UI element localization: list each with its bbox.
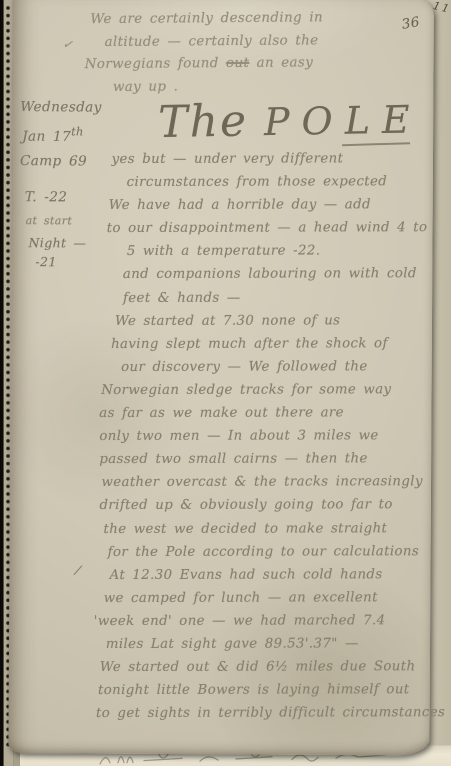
diary-line: miles Lat sight gave 89.53'.37" — [106,632,443,656]
diary-line: feet & hands — [123,286,442,310]
margin-camp: Camp 69 [20,153,87,169]
diary-line: to get sights in terribly difficult circ… [96,701,443,725]
margin-night-temp: -21 [35,254,56,269]
diary-line: we camped for lunch — an excellent [104,586,443,610]
continuation-text: an easy [256,56,313,71]
heading-word-pole: POLE [264,97,422,144]
diary-line: We started at 7.30 none of us [115,309,442,333]
margin-night-label: Night — [28,235,86,250]
diary-line: only two men — In about 3 miles we [99,424,442,448]
continuation-block: We are certainly descending in altitude … [90,7,323,99]
diary-line: We started out & did 6½ miles due South [100,655,443,679]
diary-line: the west we decided to make straight [104,517,443,541]
strikethrough-word: out [226,56,249,71]
heading-word-the: The [158,95,249,148]
continuation-line: Norwegians found out an easy [85,52,324,76]
entry-heading: ThePOLE [158,92,422,148]
check-mark: ✓ [62,37,74,52]
diary-line: We have had a horrible day — add [109,193,442,217]
diary-line: At 12.30 Evans had such cold hands [110,563,443,587]
diary-line: weather overcast & the tracks increasing… [101,470,442,494]
diary-line: for the Pole according to our calculatio… [108,540,443,564]
diary-line: 5 with a temperature -22. [127,240,442,264]
diary-line: having slept much after the shock of [111,332,442,356]
diary-line: passed two small cairns — then the [99,447,442,471]
diary-line: circumstances from those expected [127,170,442,194]
continuation-text: Norwegians found [85,56,219,72]
diary-line: 'week end' one — we had marched 7.4 [94,609,443,633]
diary-line: drifted up & obviously going too far to [99,494,442,518]
diary-line: yes but — under very different [112,147,442,171]
diary-line: Norwegian sledge tracks for some way [101,378,442,402]
margin-date-suffix: th [71,124,84,138]
notebook-scan: 11 36 We are certainly descending in alt… [0,0,451,766]
diary-line: to our disappointment — a head wind 4 to [107,216,442,240]
check-mark: / [74,563,82,579]
continuation-line: altitude — certainly also the [104,30,323,54]
diary-body: yes but — under very different circumsta… [97,147,444,725]
diary-line: and companions labouring on with cold [123,263,442,287]
continuation-line: We are certainly descending in [90,7,323,31]
margin-temp: T. -22 [25,189,68,205]
diary-line: our discovery — We followed the [121,355,442,379]
margin-date: Jan 17th [22,124,84,145]
diary-line: tonight little Bowers is laying himself … [98,678,443,702]
margin-date-main: Jan 17 [22,129,71,145]
diary-page: 36 We are certainly descending in altitu… [8,0,434,756]
margin-temp-note: at start [26,214,73,227]
margin-day: Wednesday [20,99,102,115]
page-number: 36 [401,14,421,33]
diary-line: as far as we make out there are [99,401,442,425]
